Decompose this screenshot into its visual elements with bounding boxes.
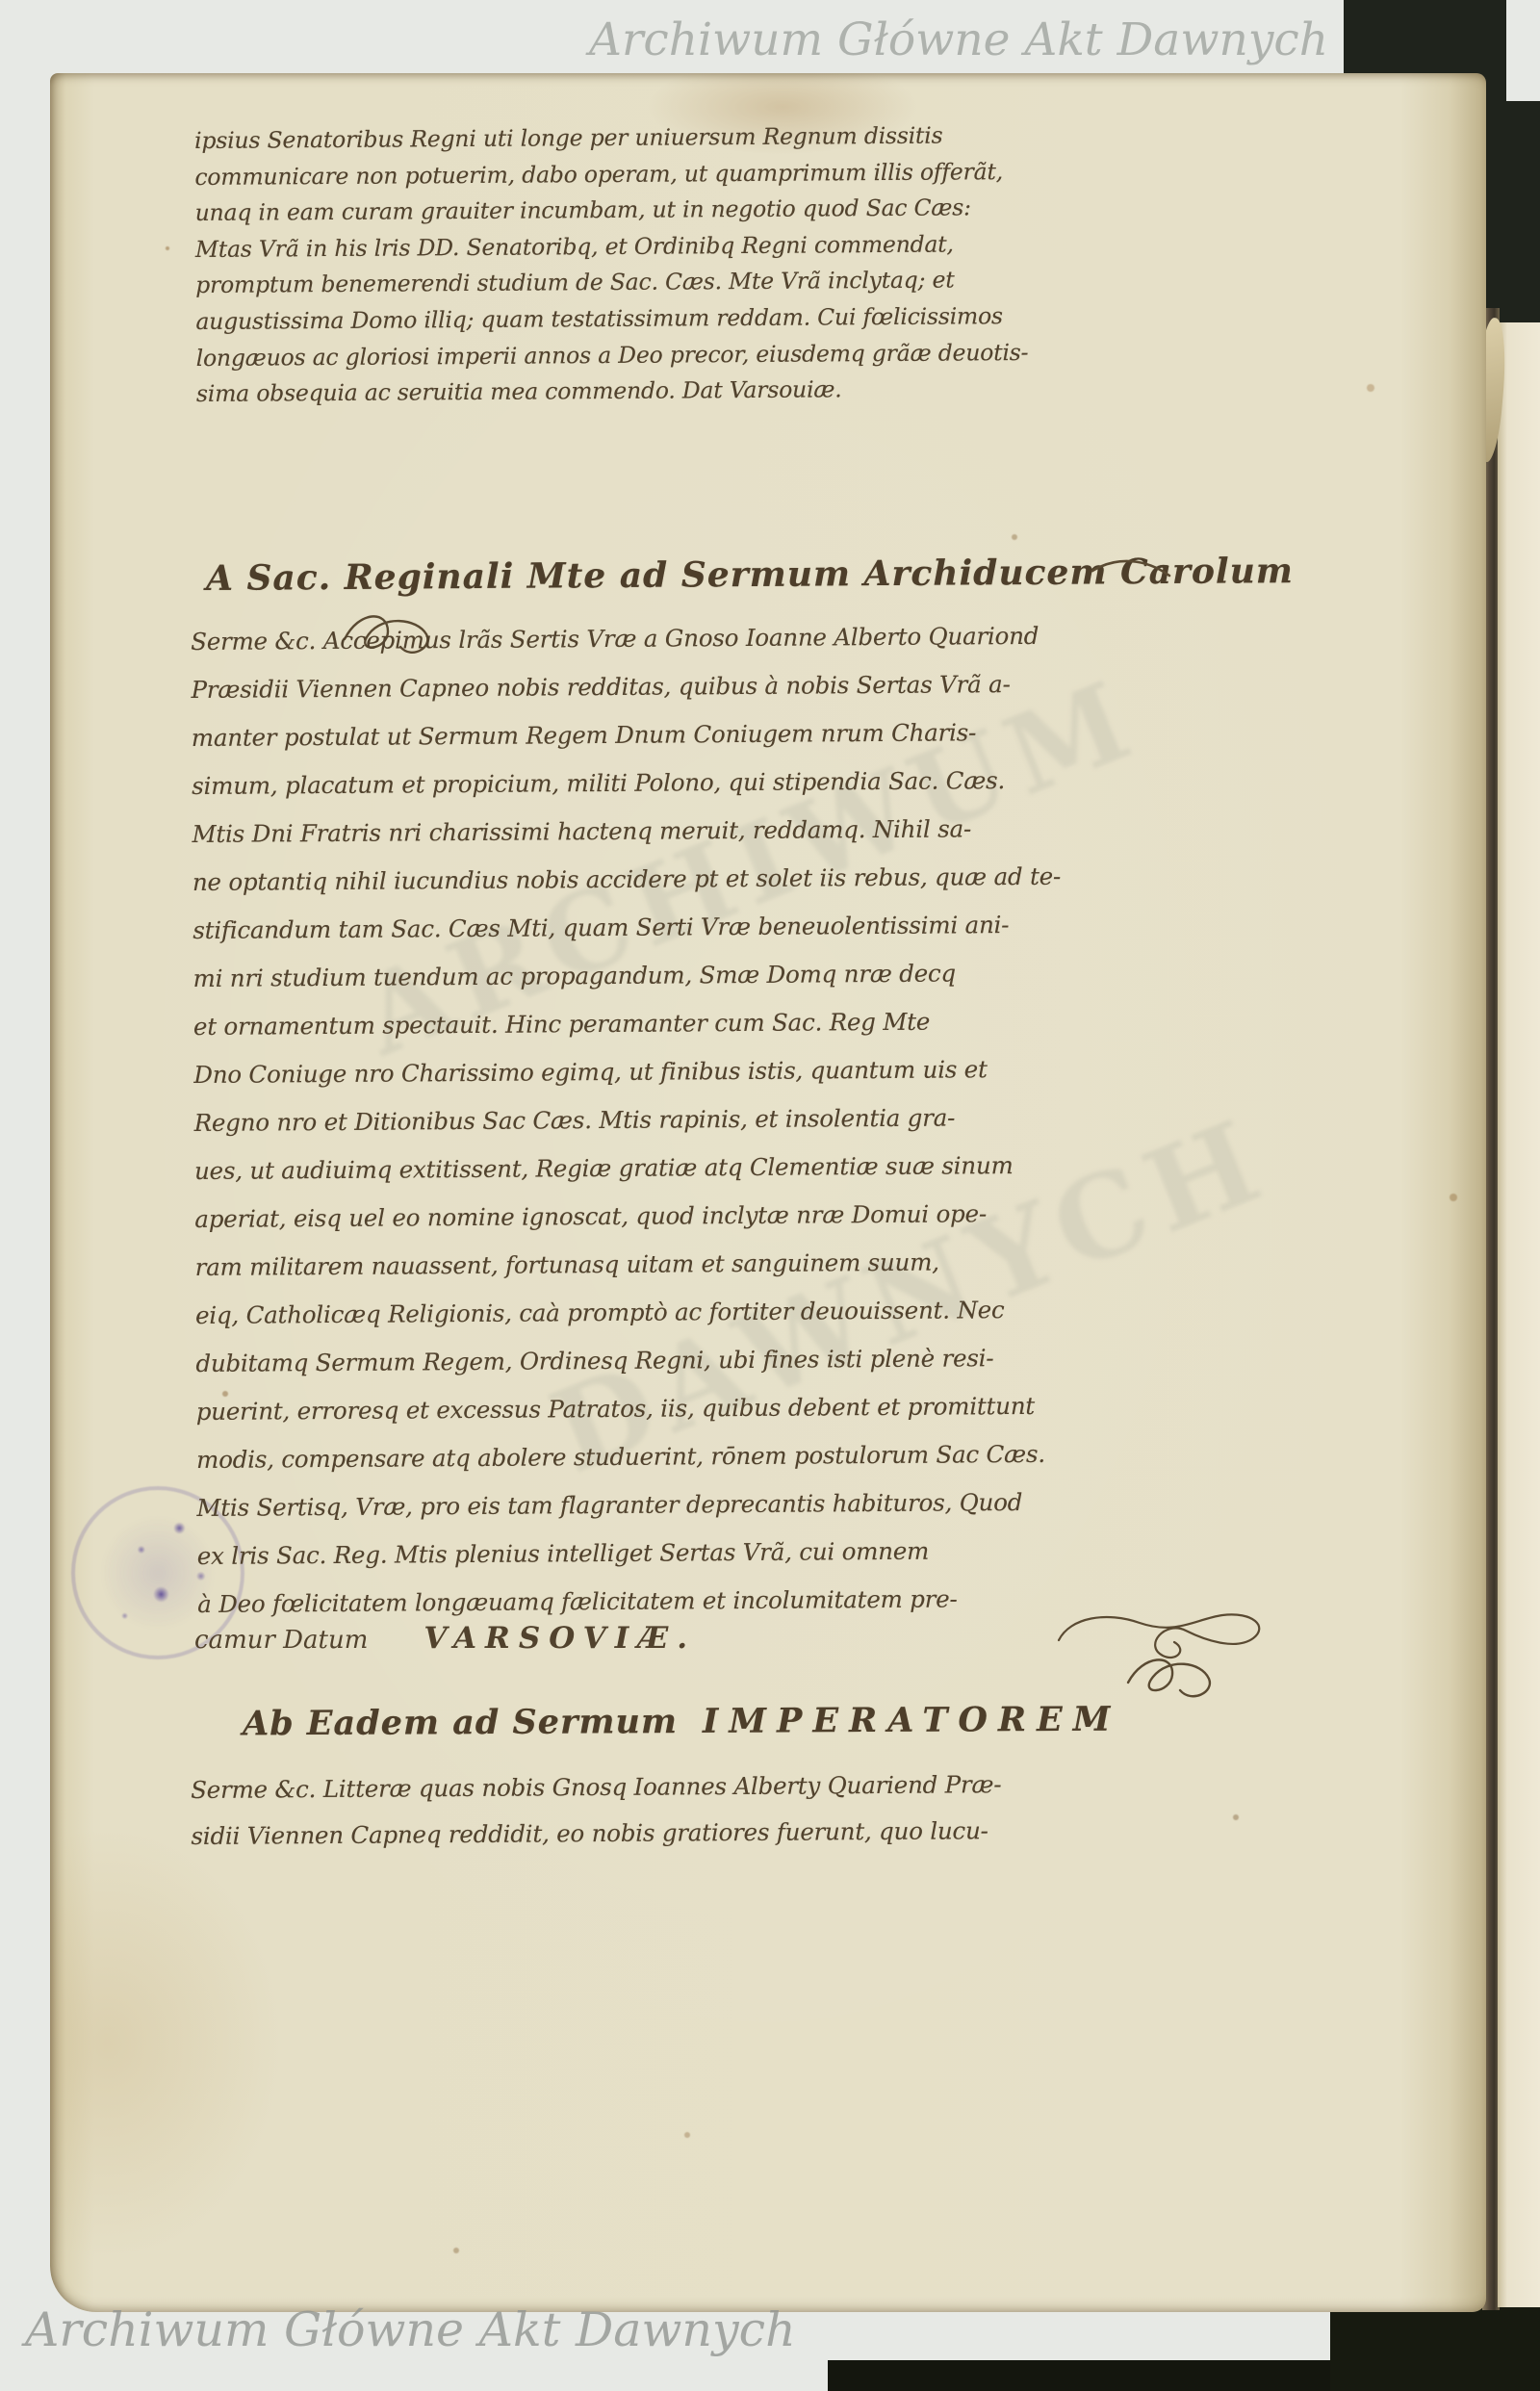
manuscript-line: ne optantiq nihil iucundius nobis accide… (192, 853, 1061, 907)
pen-knot-flourish (1116, 1642, 1222, 1711)
manuscript-line: longæuos ac gloriosi imperii annos a Deo… (196, 335, 1029, 377)
manuscript-line: Mtis Sertisq, Vræ, pro eis tam flagrante… (196, 1478, 1065, 1532)
manuscript-line: puerint, erroresq et excessus Patratos, … (196, 1382, 1065, 1436)
black-backdrop-bottom-right (1330, 2302, 1540, 2391)
manuscript-line: Regno nro et Ditionibus Sac Cæs. Mtis ra… (193, 1093, 1062, 1147)
datum-place: VARSOVIÆ. (423, 1621, 696, 1656)
manuscript-line: Mtis Dni Fratris nri charissimi hactenq … (192, 805, 1060, 859)
manuscript-line: Mtas Vrã in his lris DD. Senatoribq, et … (195, 226, 1028, 269)
manuscript-page: ARCHIWUM DAWNYCH ipsius Senatoribus Regn… (50, 73, 1486, 2312)
manuscript-line: ex lris Sac. Reg. Mtis plenius intellige… (197, 1527, 1065, 1581)
manuscript-line: dubitamq Sermum Regem, Ordinesq Regni, u… (195, 1334, 1064, 1388)
datum-prefix: camur Datum (194, 1626, 368, 1655)
manuscript-line: augustissima Domo illiq; quam testatissi… (195, 298, 1028, 341)
manuscript-line: et ornamentum spectauit. Hinc peramanter… (193, 997, 1062, 1051)
manuscript-line: manter postulat ut Sermum Regem Dnum Con… (192, 708, 1060, 762)
paragraph-1: ipsius Senatoribus Regni uti longe per u… (194, 117, 1029, 413)
manuscript-line: mi nri studium tuendum ac propagandum, S… (192, 949, 1061, 1003)
next-page-edge (1498, 322, 1540, 2307)
manuscript-line: eiq, Catholicæq Religionis, caà promptò … (195, 1286, 1064, 1340)
heading2-prefix: Ab Eadem ad Sermum (243, 1702, 678, 1743)
manuscript-line: ipsius Senatoribus Regni uti longe per u… (194, 117, 1027, 160)
manuscript-line: unaq in eam curam grauiter incumbam, ut … (195, 190, 1028, 232)
manuscript-line: simum, placatum et propicium, militi Pol… (192, 757, 1060, 810)
letter-heading-emperor: Ab Eadem ad SermumIMPERATOREM (243, 1700, 1121, 1744)
manuscript-line: Dno Coniuge nro Charissimo egimq, ut fin… (193, 1045, 1062, 1099)
heading2-imperator: IMPERATOREM (703, 1700, 1121, 1741)
manuscript-line: sidii Viennen Capneq reddidit, eo nobis … (191, 1808, 1002, 1860)
manuscript-line: ram militarem nauassent, fortunasq uitam… (195, 1238, 1064, 1292)
manuscript-line: promptum benemerendi studium de Sac. Cæs… (195, 262, 1028, 304)
paragraph-2: Serme &c. Accepimus lrãs Sertis Vræ a Gn… (191, 612, 1065, 1629)
manuscript-line: Serme &c. Accepimus lrãs Sertis Vræ a Gn… (191, 612, 1059, 666)
heading-tail-flourish (1088, 547, 1174, 595)
manuscript-line: Serme &c. Litteræ quas nobis Gnosq Ioann… (191, 1761, 1002, 1813)
manuscript-line: communicare non potuerim, dabo operam, u… (194, 154, 1027, 196)
manuscript-line: stificandum tam Sac. Cæs Mti, quam Serti… (192, 901, 1061, 955)
manuscript-scan-canvas: ARCHIWUM DAWNYCH ipsius Senatoribus Regn… (0, 0, 1540, 2391)
manuscript-line: ues, ut audiuimq extitissent, Regiæ grat… (194, 1142, 1063, 1195)
foxing-spots (166, 246, 169, 250)
datum-varsovia-line: camur DatumVARSOVIÆ. (194, 1621, 696, 1656)
manuscript-line: sima obsequia ac seruitia mea commendo. … (196, 371, 1029, 413)
manuscript-line: modis, compensare atq abolere studuerint… (196, 1430, 1065, 1484)
manuscript-line: Præsidii Viennen Capneo nobis redditas, … (191, 660, 1059, 714)
manuscript-line: aperiat, eisq uel eo nomine ignoscat, qu… (194, 1190, 1063, 1244)
paragraph-3: Serme &c. Litteræ quas nobis Gnosq Ioann… (191, 1761, 1002, 1860)
archive-watermark-top: Archiwum Główne Akt Dawnych (589, 13, 1328, 66)
